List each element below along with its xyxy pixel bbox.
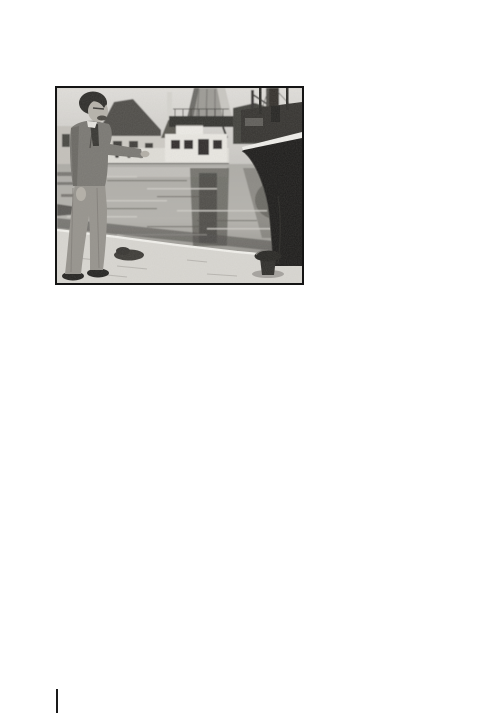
film-grain: [57, 88, 302, 283]
crop-mark: [56, 689, 58, 713]
harbor-photograph: [55, 86, 304, 285]
document-page: [0, 0, 504, 713]
